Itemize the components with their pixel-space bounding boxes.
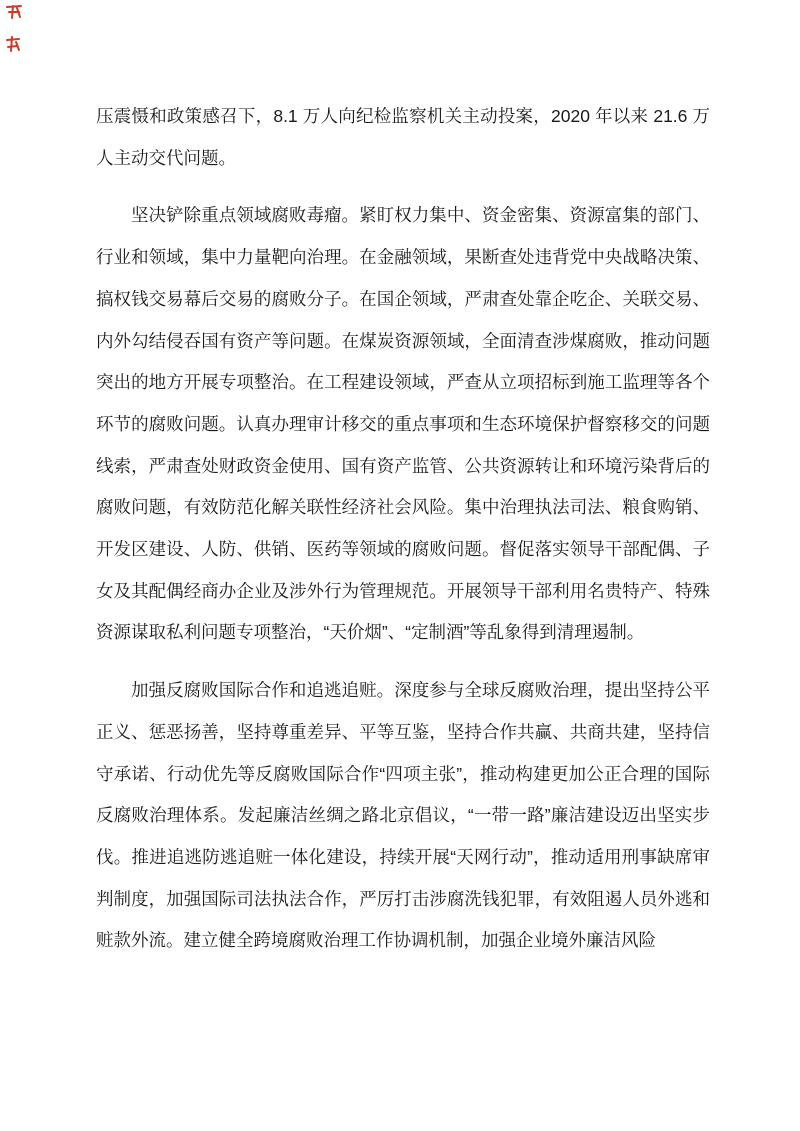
red-ink-mark-icon bbox=[4, 34, 28, 56]
red-annotation-marks bbox=[4, 2, 34, 62]
paragraph-international-cooperation: 加强反腐败国际合作和追逃追赃。深度参与全球反腐败治理，提出坚持公平正义、惩恶扬善… bbox=[96, 670, 710, 962]
paragraph-continuation: 压震慑和政策感召下，8.1 万人向纪检监察机关主动投案，2020 年以来 21.… bbox=[96, 96, 710, 179]
red-ink-mark-icon bbox=[4, 2, 30, 22]
document-page: 压震慑和政策感召下，8.1 万人向纪检监察机关主动投案，2020 年以来 21.… bbox=[0, 0, 800, 1131]
document-body-text: 压震慑和政策感召下，8.1 万人向纪检监察机关主动投案，2020 年以来 21.… bbox=[96, 96, 710, 978]
paragraph-key-sectors-corruption: 坚决铲除重点领域腐败毒瘤。紧盯权力集中、资金密集、资源富集的部门、行业和领域，集… bbox=[96, 195, 710, 654]
